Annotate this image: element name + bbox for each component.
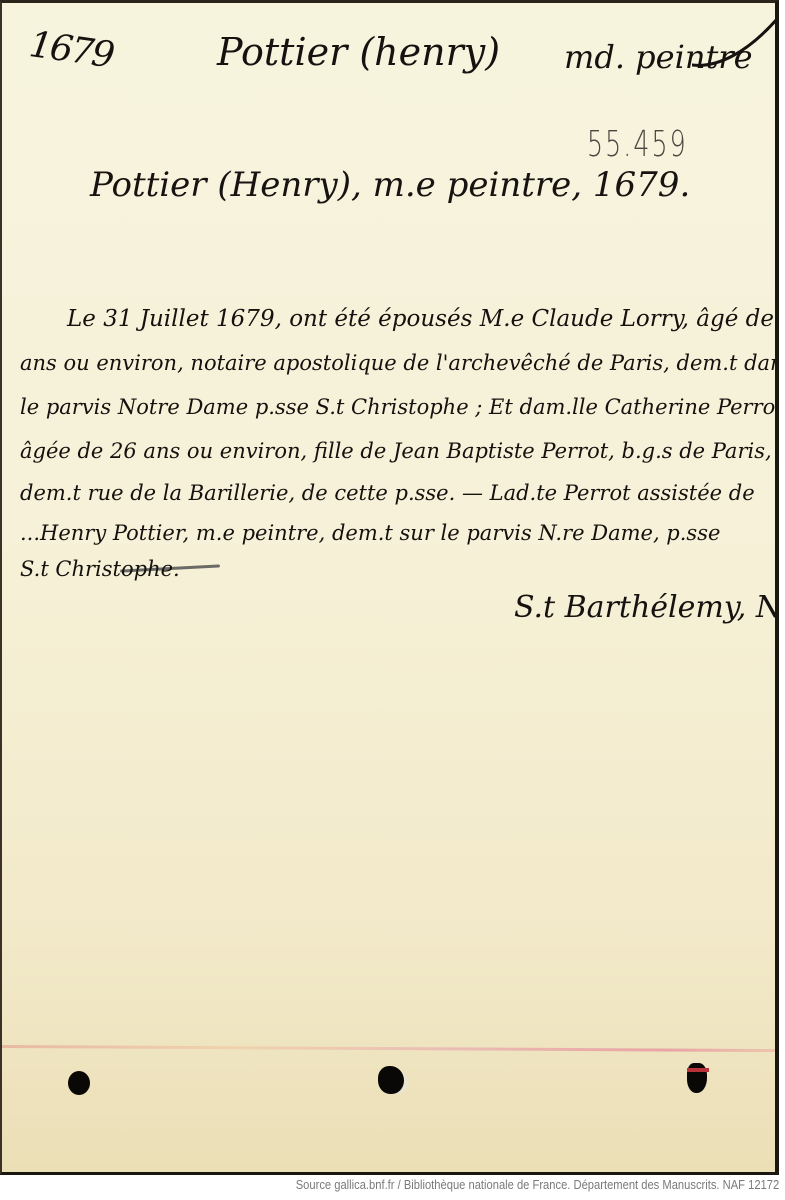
body-line: Le 31 Juillet 1679, ont été épousés M.e … bbox=[67, 308, 779, 331]
punch-hole-icon bbox=[687, 1063, 707, 1093]
header-name: Pottier (henry) bbox=[217, 33, 500, 71]
body-line: S.t Christophe. bbox=[20, 559, 180, 580]
body-line: le parvis Notre Dame p.sse S.t Christoph… bbox=[20, 397, 779, 418]
body-line: ...Henry Pottier, m.e peintre, dem.t sur… bbox=[20, 523, 720, 544]
punch-hole-icon bbox=[68, 1071, 90, 1095]
body-line: âgée de 26 ans ou environ, fille de Jean… bbox=[20, 441, 772, 462]
pen-flourish-icon bbox=[692, 13, 779, 73]
source-attribution: Source gallica.bnf.fr / Bibliothèque nat… bbox=[296, 1177, 779, 1192]
parish-signature: S.t Barthélemy, N.o 19. bbox=[514, 593, 779, 623]
index-card: 1679 Pottier (henry) md. peintre 55.459 … bbox=[0, 0, 779, 1175]
header-year: 1679 bbox=[27, 27, 115, 74]
punch-hole-icon bbox=[378, 1066, 404, 1094]
red-guide-rule bbox=[2, 1045, 779, 1052]
body-line: ans ou environ, notaire apostolique de l… bbox=[20, 353, 779, 374]
record-title: Pottier (Henry), m.e peintre, 1679. bbox=[90, 168, 690, 202]
call-number: 55.459 bbox=[587, 127, 688, 163]
body-line: dem.t rue de la Barillerie, de cette p.s… bbox=[20, 483, 755, 504]
document-viewer: 1679 Pottier (henry) md. peintre 55.459 … bbox=[0, 0, 785, 1200]
